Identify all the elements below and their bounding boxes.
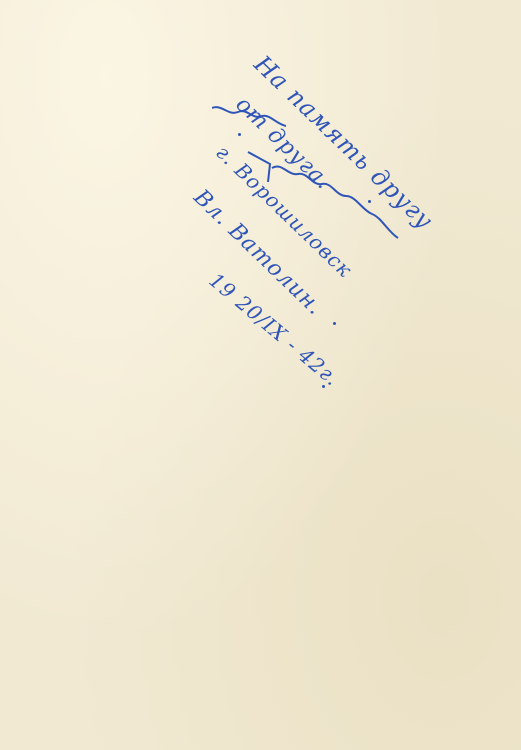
ink-dot [333,322,336,325]
paper-sheet: На память другу от друга. г. Ворошиловск… [0,0,521,750]
ink-dot [238,133,241,136]
ink-dot [368,200,371,203]
decorative-underline-squiggle [212,104,412,264]
ink-dot [322,385,325,388]
